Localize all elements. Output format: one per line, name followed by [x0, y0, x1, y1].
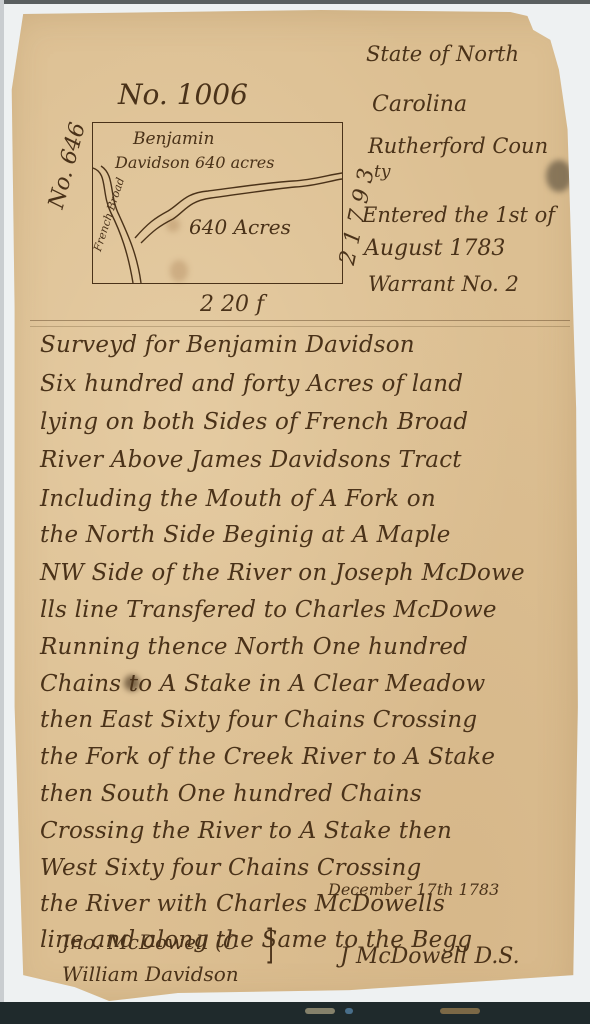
- survey-text-line: Surveyd for Benjamin Davidson: [40, 332, 415, 358]
- plat-owner-line-1: Benjamin: [133, 129, 214, 149]
- survey-text-line: then South One hundred Chains: [40, 781, 422, 807]
- jurisdiction-line-3: Rutherford Coun: [368, 134, 548, 158]
- scan-artifact: [440, 1008, 480, 1014]
- ink-blot: [546, 160, 572, 192]
- chain-carrier-2: William Davidson: [62, 962, 239, 986]
- survey-text-line: the North Side Beginig at A Maple: [40, 522, 451, 548]
- warrant-number: Warrant No. 2: [368, 272, 519, 296]
- survey-text-line: NW Side of the River on Joseph McDowe: [40, 560, 525, 586]
- jurisdiction-line-2: Carolina: [372, 92, 467, 117]
- scan-artifact: [345, 1008, 353, 1014]
- jurisdiction-line-1: State of North: [366, 42, 519, 66]
- plat-owner-line-2: Davidson 640 acres: [115, 153, 274, 172]
- plat-acreage-label: 640 Acres: [189, 215, 291, 239]
- scan-top-border: [0, 0, 590, 4]
- survey-text-line: the Fork of the Creek River to A Stake: [40, 744, 495, 770]
- grant-number: No. 1006: [118, 78, 248, 111]
- survey-text-line: Running thence North One hundred: [40, 634, 468, 660]
- plat-boundary: Benjamin Davidson 640 acres 640 Acres Fr…: [92, 122, 343, 284]
- scan-bottom-border: [0, 1002, 590, 1024]
- survey-text-line: lls line Transfered to Charles McDowe: [40, 597, 497, 623]
- river-drawing: [93, 123, 342, 283]
- scan-left-border: [0, 0, 4, 1024]
- scan-artifact: [305, 1008, 335, 1014]
- entered-date-line-1: Entered the 1st of: [362, 203, 555, 227]
- survey-text-line: Six hundred and forty Acres of land: [40, 371, 463, 397]
- survey-date: December 17th 1783: [328, 880, 499, 899]
- surveyor-signature: J McDowell D.S.: [340, 944, 520, 969]
- survey-text-line: then East Sixty four Chains Crossing: [40, 707, 477, 733]
- survey-text-line: Crossing the River to A Stake then: [40, 818, 452, 844]
- survey-text-line: West Sixty four Chains Crossing: [40, 855, 421, 881]
- survey-text-line: Chains to A Stake in A Clear Meadow: [40, 671, 485, 697]
- survey-text-line: River Above James Davidsons Tract: [40, 447, 462, 473]
- chain-carrier-1: Jno. McDowell (C: [62, 930, 238, 954]
- chain-carrier-bracket: ]: [266, 922, 274, 968]
- divider-line: [30, 326, 570, 327]
- survey-text-line: Including the Mouth of A Fork on: [40, 486, 436, 512]
- bottom-margin-number: 2 20 f: [200, 292, 264, 317]
- survey-text-line: lying on both Sides of French Broad: [40, 409, 468, 435]
- divider-line: [30, 320, 570, 321]
- entered-date-line-2: August 1783: [364, 236, 505, 261]
